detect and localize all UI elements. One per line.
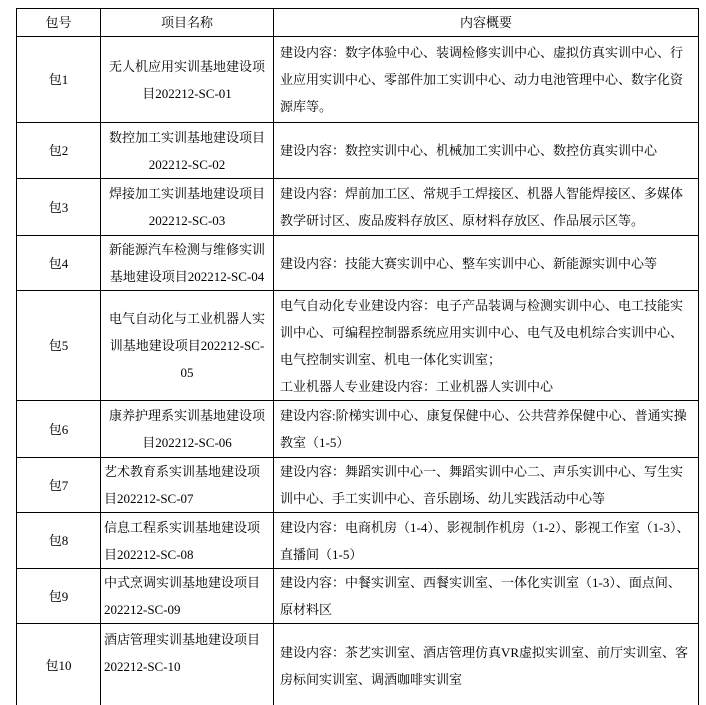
table-row: 包1 无人机应用实训基地建设项目202212-SC-01 建设内容：数字体验中心… xyxy=(17,37,699,123)
table-row: 包9 中式烹调实训基地建设项目202212-SC-09 建设内容：中餐实训室、西… xyxy=(17,569,699,624)
package-cell: 包6 xyxy=(17,401,101,458)
package-cell: 包5 xyxy=(17,291,101,401)
project-name-cell: 酒店管理实训基地建设项目202212-SC-10 xyxy=(101,624,274,705)
column-header-package-number: 包号 xyxy=(17,9,101,37)
document-page: 包号 项目名称 内容概要 包1 无人机应用实训基地建设项目202212-SC-0… xyxy=(0,0,706,705)
project-name-cell: 艺术教育系实训基地建设项目202212-SC-07 xyxy=(101,458,274,513)
package-cell: 包3 xyxy=(17,179,101,236)
package-cell: 包2 xyxy=(17,123,101,179)
summary-cell: 建设内容：中餐实训室、西餐实训室、一体化实训室（1-3）、面点间、原材料区 xyxy=(274,569,699,624)
summary-cell: 建设内容：数字体验中心、装调检修实训中心、虚拟仿真实训中心、行业应用实训中心、零… xyxy=(274,37,699,123)
summary-cell: 建设内容：技能大赛实训中心、整车实训中心、新能源实训中心等 xyxy=(274,236,699,291)
summary-cell: 建设内容：茶艺实训室、酒店管理仿真VR虚拟实训室、前厅实训室、客房标间实训室、调… xyxy=(274,624,699,705)
column-header-project-name: 项目名称 xyxy=(101,9,274,37)
project-name-cell: 无人机应用实训基地建设项目202212-SC-01 xyxy=(101,37,274,123)
project-name-cell: 焊接加工实训基地建设项目202212-SC-03 xyxy=(101,179,274,236)
package-cell: 包9 xyxy=(17,569,101,624)
table-row: 包6 康养护理系实训基地建设项目202212-SC-06 建设内容:阶梯实训中心… xyxy=(17,401,699,458)
summary-cell: 建设内容:阶梯实训中心、康复保健中心、公共营养保健中心、普通实操教室（1-5） xyxy=(274,401,699,458)
bid-packages-table: 包号 项目名称 内容概要 包1 无人机应用实训基地建设项目202212-SC-0… xyxy=(16,8,699,705)
project-name-cell: 电气自动化与工业机器人实训基地建设项目202212-SC-05 xyxy=(101,291,274,401)
table-row: 包3 焊接加工实训基地建设项目202212-SC-03 建设内容：焊前加工区、常… xyxy=(17,179,699,236)
package-cell: 包7 xyxy=(17,458,101,513)
package-cell: 包4 xyxy=(17,236,101,291)
table-row: 包5 电气自动化与工业机器人实训基地建设项目202212-SC-05 电气自动化… xyxy=(17,291,699,401)
table-row: 包7 艺术教育系实训基地建设项目202212-SC-07 建设内容：舞蹈实训中心… xyxy=(17,458,699,513)
table-row: 包8 信息工程系实训基地建设项目202212-SC-08 建设内容：电商机房（1… xyxy=(17,513,699,569)
summary-cell: 建设内容：焊前加工区、常规手工焊接区、机器人智能焊接区、多媒体教学研讨区、废品废… xyxy=(274,179,699,236)
summary-cell: 建设内容：电商机房（1-4）、影视制作机房（1-2）、影视工作室（1-3）、直播… xyxy=(274,513,699,569)
project-name-cell: 新能源汽车检测与维修实训基地建设项目202212-SC-04 xyxy=(101,236,274,291)
package-cell: 包8 xyxy=(17,513,101,569)
summary-cell: 建设内容：舞蹈实训中心一、舞蹈实训中心二、声乐实训中心、写生实训中心、手工实训中… xyxy=(274,458,699,513)
summary-cell: 建设内容：数控实训中心、机械加工实训中心、数控仿真实训中心 xyxy=(274,123,699,179)
header-row: 包号 项目名称 内容概要 xyxy=(17,9,699,37)
project-name-cell: 数控加工实训基地建设项目202212-SC-02 xyxy=(101,123,274,179)
table-row: 包10 酒店管理实训基地建设项目202212-SC-10 建设内容：茶艺实训室、… xyxy=(17,624,699,705)
table-row: 包4 新能源汽车检测与维修实训基地建设项目202212-SC-04 建设内容：技… xyxy=(17,236,699,291)
summary-cell: 电气自动化专业建设内容：电子产品装调与检测实训中心、电工技能实训中心、可编程控制… xyxy=(274,291,699,401)
package-cell: 包1 xyxy=(17,37,101,123)
package-cell: 包10 xyxy=(17,624,101,705)
project-name-cell: 信息工程系实训基地建设项目202212-SC-08 xyxy=(101,513,274,569)
table-row: 包2 数控加工实训基地建设项目202212-SC-02 建设内容：数控实训中心、… xyxy=(17,123,699,179)
column-header-content-summary: 内容概要 xyxy=(274,9,699,37)
project-name-cell: 康养护理系实训基地建设项目202212-SC-06 xyxy=(101,401,274,458)
project-name-cell: 中式烹调实训基地建设项目202212-SC-09 xyxy=(101,569,274,624)
